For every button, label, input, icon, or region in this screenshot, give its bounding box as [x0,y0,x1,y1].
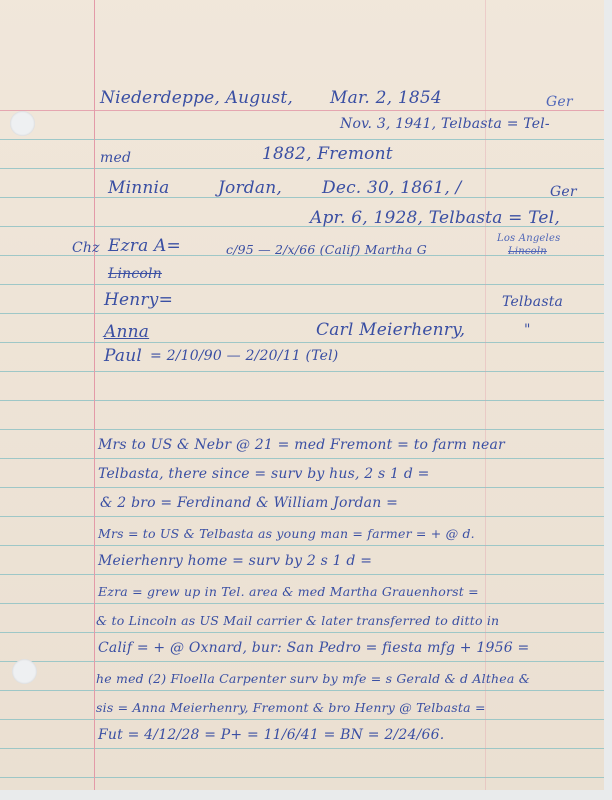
ruled-line [0,748,604,749]
child-dates: = 2/10/90 — 2/20/11 (Tel) [150,348,338,364]
narrative-line: & 2 bro = Ferdinand & William Jordan = [100,495,398,511]
person-name: Niederdeppe, August, [100,88,293,108]
ruled-line [0,313,604,314]
ruled-line [0,429,604,430]
ruled-line [0,284,604,285]
ruled-line [0,719,604,720]
left-margin-line [94,0,95,790]
child-place-bottom: Lincoln [508,246,547,257]
ruled-line [0,516,604,517]
ruled-line [0,168,604,169]
child-spouse: Carl Meierhenry, [316,320,465,340]
origin: Ger [546,94,573,110]
narrative-line: Meierhenry home = surv by 2 s 1 d = [98,553,372,569]
punch-hole-top [10,111,35,136]
punch-hole-bottom [12,659,37,684]
child-place-ditto: " [524,322,531,338]
ruled-line [0,487,604,488]
narrative-line: Mrs to US & Nebr @ 21 = med Fremont = to… [98,437,505,453]
ruled-line [0,574,604,575]
ruled-line [0,632,604,633]
narrative-line: Fut = 4/12/28 = P+ = 11/6/41 = BN = 2/24… [98,727,444,743]
birth-date: Mar. 2, 1854 [330,88,442,108]
ruled-line [0,371,604,372]
spouse-death: Apr. 6, 1928, Telbasta = Tel, [310,208,560,228]
ruled-line [0,400,604,401]
child-name: Henry= [104,290,173,310]
ruled-line [0,458,604,459]
child-place: Telbasta [502,294,563,310]
spouse-surname: Jordan, [218,178,282,198]
death-record: Nov. 3, 1941, Telbasta = Tel- [340,116,550,132]
child-dates: c/95 — 2/x/66 (Calif) Martha G [226,242,427,257]
child-name: Ezra A= [108,236,181,256]
narrative-line: Ezra = grew up in Tel. area & med Martha… [98,584,479,599]
ruled-paper-sheet: Niederdeppe, August, Mar. 2, 1854 Ger No… [0,0,604,790]
narrative-line: Telbasta, there since = surv by hus, 2 s… [98,466,430,482]
narrative-line: he med (2) Floella Carpenter surv by mfe… [96,671,530,686]
header-rule [0,110,604,111]
child-name-struck: Lincoln [108,266,162,282]
narrative-line: & to Lincoln as US Mail carrier & later … [96,613,499,628]
narrative-line: sis = Anna Meierhenry, Fremont & bro Hen… [96,700,486,715]
narrative-line: Calif = + @ Oxnard, bur: San Pedro = fie… [98,640,529,656]
narrative-line: Mrs = to US & Telbasta as young man = fa… [98,526,475,541]
ruled-line [0,342,604,343]
marriage-record: 1882, Fremont [262,144,393,164]
child-name: Paul [104,346,142,366]
child-place-top: Los Angeles [497,233,560,244]
spouse-first-name: Minnia [108,178,170,198]
ruled-line [0,545,604,546]
ruled-line [0,690,604,691]
spouse-birth: Dec. 30, 1861, / [322,178,461,198]
ruled-line [0,197,604,198]
ruled-line [0,139,604,140]
marriage-label: med [100,150,131,166]
children-label: Chz [72,240,100,256]
child-name: Anna [104,322,149,342]
ruled-line [0,603,604,604]
ruled-line [0,661,604,662]
spouse-origin: Ger [550,184,577,200]
ruled-line [0,777,604,778]
